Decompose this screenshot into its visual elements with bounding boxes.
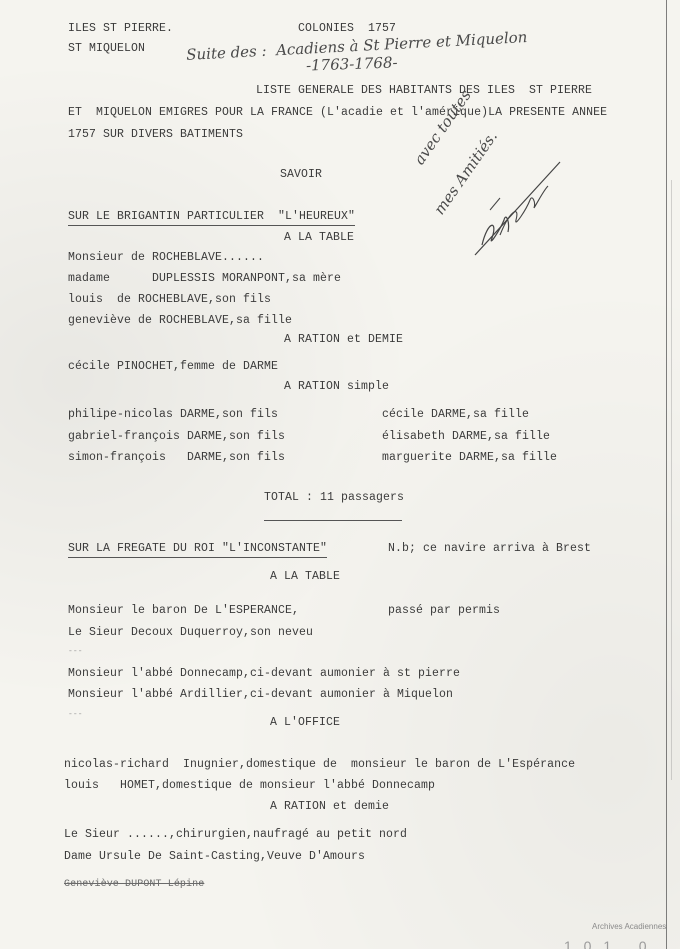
passenger-row: geneviève de ROCHEBLAVE,sa fille — [68, 314, 292, 328]
ship2-table-heading: A LA TABLE — [270, 570, 340, 584]
struck-out-entry: Geneviève DUPONT Lépine — [64, 878, 204, 892]
passenger-row: madame DUPLESSIS MORANPONT,sa mère — [68, 272, 341, 286]
passenger-row-right: élisabeth DARME,sa fille — [382, 430, 550, 444]
archive-stamp-number: 1 0 1 . 0 — [564, 938, 651, 949]
header-location-line2: ST MIQUELON — [68, 42, 145, 56]
ditto-mark: --- — [68, 645, 83, 659]
intro-line2: ET MIQUELON EMIGRES POUR LA FRANCE (L'ac… — [68, 106, 607, 120]
handwritten-note-line2: -1763-1768- — [306, 53, 398, 74]
ship2-title: SUR LA FREGATE DU ROI "L'INCONSTANTE" — [68, 542, 327, 558]
passenger-row: louis de ROCHEBLAVE,son fils — [68, 293, 271, 307]
passenger-row: Monsieur de ROCHEBLAVE...... — [68, 251, 264, 265]
ship1-ration-demie-heading: A RATION et DEMIE — [284, 333, 403, 347]
passenger-row: Dame Ursule De Saint-Casting,Veuve D'Amo… — [64, 850, 365, 864]
page-edge-shadow — [671, 180, 672, 780]
document-page: ILES ST PIERRE. ST MIQUELON COLONIES 175… — [0, 0, 680, 949]
ship2-ration-demie-heading: A RATION et demie — [270, 800, 389, 814]
passenger-note: passé par permis — [388, 604, 500, 618]
ship2-note: N.b; ce navire arriva à Brest — [388, 542, 591, 556]
passenger-row-right: cécile DARME,sa fille — [382, 408, 529, 422]
passenger-row: Monsieur le baron De L'ESPERANCE, — [68, 604, 299, 618]
ditto-mark: --- — [68, 708, 83, 722]
ship2-office-heading: A L'OFFICE — [270, 716, 340, 730]
passenger-row: nicolas-richard Inugnier,domestique de m… — [64, 758, 575, 772]
passenger-row: Monsieur l'abbé Donnecamp,ci-devant aumo… — [68, 667, 460, 681]
passenger-row: cécile PINOCHET,femme de DARME — [68, 360, 278, 374]
ship1-ration-simple-heading: A RATION simple — [284, 380, 389, 394]
intro-line1: LISTE GENERALE DES HABITANTS DES ILES ST… — [256, 84, 592, 98]
passenger-row: Monsieur l'abbé Ardillier,ci-devant aumo… — [68, 688, 453, 702]
savoir-heading: SAVOIR — [280, 168, 322, 182]
intro-line3: 1757 SUR DIVERS BATIMENTS — [68, 128, 243, 142]
signature-icon — [470, 150, 570, 260]
passenger-row-left: philipe-nicolas DARME,son fils — [68, 408, 278, 422]
header-location-line1: ILES ST PIERRE. — [68, 22, 173, 36]
page-edge-line — [666, 0, 667, 949]
passenger-row: Le Sieur ......,chirurgien,naufragé au p… — [64, 828, 407, 842]
passenger-row-right: marguerite DARME,sa fille — [382, 451, 557, 465]
ship1-total: TOTAL : 11 passagers — [264, 491, 404, 505]
total-underline — [264, 520, 402, 521]
header-title: COLONIES 1757 — [298, 22, 396, 36]
archive-stamp-label: Archives Acadiennes — [592, 922, 666, 931]
ship1-title: SUR LE BRIGANTIN PARTICULIER "L'HEUREUX" — [68, 210, 355, 226]
ship1-table-heading: A LA TABLE — [284, 231, 354, 245]
passenger-row-left: gabriel-françois DARME,son fils — [68, 430, 285, 444]
passenger-row: louis HOMET,domestique de monsieur l'abb… — [64, 779, 435, 793]
passenger-row-left: simon-françois DARME,son fils — [68, 451, 285, 465]
passenger-row: Le Sieur Decoux Duquerroy,son neveu — [68, 626, 313, 640]
